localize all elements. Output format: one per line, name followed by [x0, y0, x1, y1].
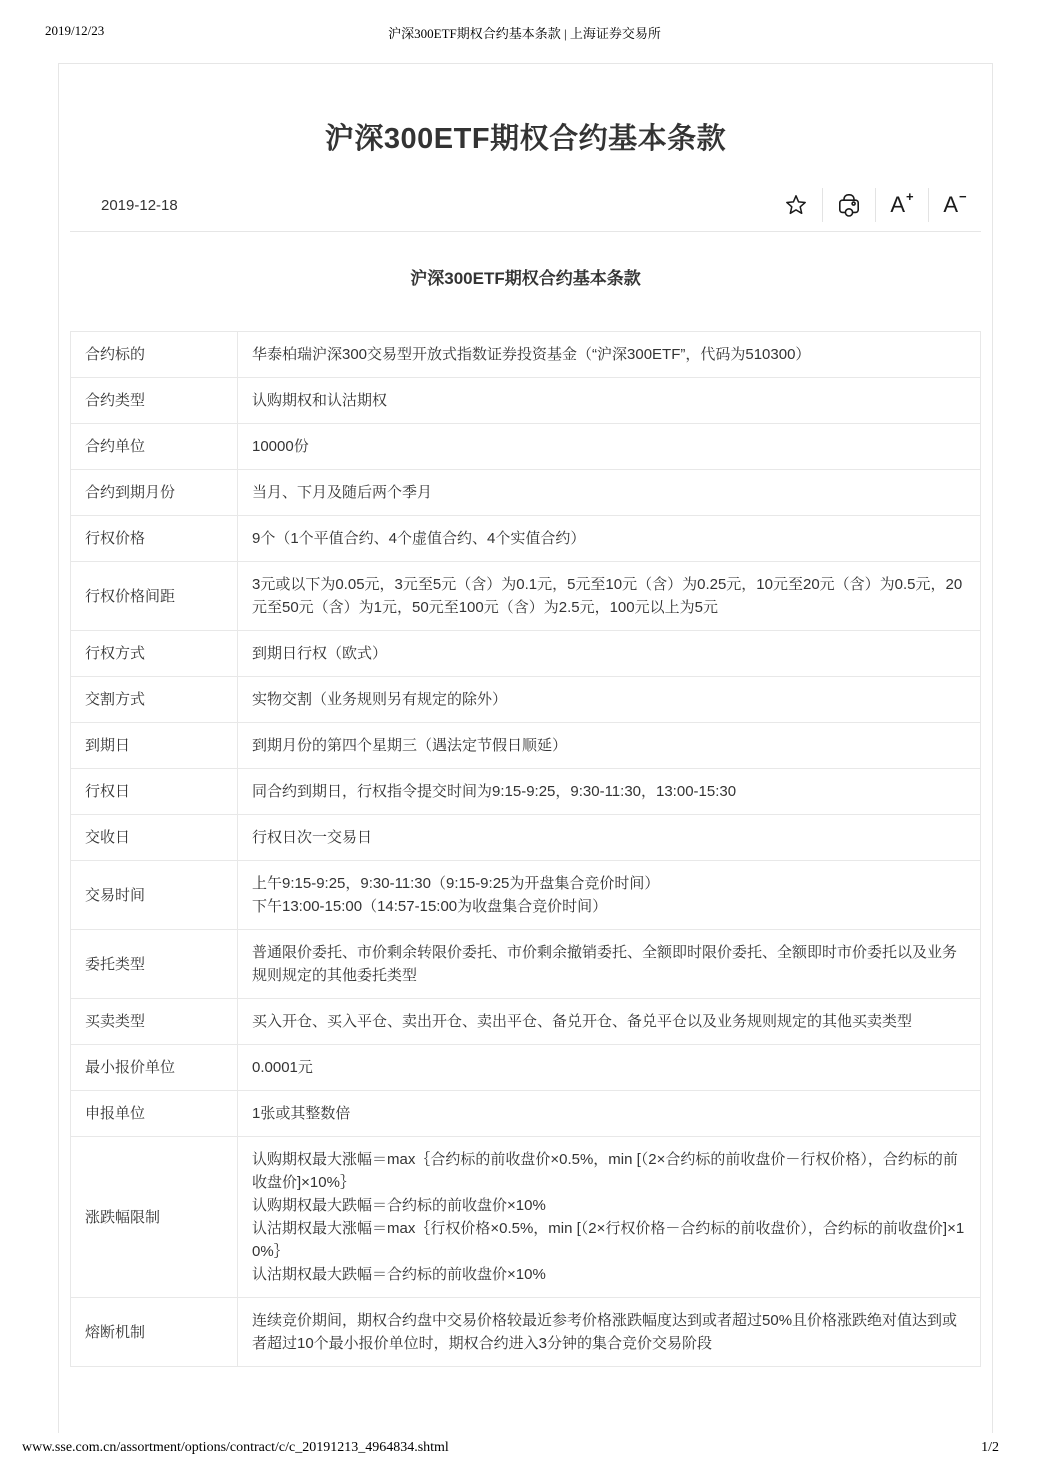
row-value: 9个（1个平值合约、4个虚值合约、4个实值合约）: [238, 516, 981, 562]
row-label: 交易时间: [71, 861, 238, 930]
article-toolbar: A+ A−: [770, 183, 981, 227]
favorite-button[interactable]: [770, 185, 822, 225]
table-row: 行权方式 到期日行权（欧式）: [71, 631, 981, 677]
row-label: 行权价格: [71, 516, 238, 562]
row-value: 到期日行权（欧式）: [238, 631, 981, 677]
table-row: 合约到期月份 当月、下月及随后两个季月: [71, 470, 981, 516]
row-value: 当月、下月及随后两个季月: [238, 470, 981, 516]
article-meta-row: 2019-12-18: [70, 183, 981, 227]
row-value: 实物交割（业务规则另有规定的除外）: [238, 677, 981, 723]
row-label: 委托类型: [71, 930, 238, 999]
row-value: 10000份: [238, 424, 981, 470]
table-row: 最小报价单位 0.0001元: [71, 1045, 981, 1091]
row-label: 到期日: [71, 723, 238, 769]
row-value: 1张或其整数倍: [238, 1091, 981, 1137]
row-label: 行权方式: [71, 631, 238, 677]
font-increase-icon: A+: [890, 194, 913, 216]
row-value: 连续竞价期间，期权合约盘中交易价格较最近参考价格涨跌幅度达到或者超过50%且价格…: [238, 1298, 981, 1367]
table-row: 合约单位 10000份: [71, 424, 981, 470]
table-row: 到期日 到期月份的第四个星期三（遇法定节假日顺延）: [71, 723, 981, 769]
table-row: 行权日 同合约到期日，行权指令提交时间为9:15-9:25，9:30-11:30…: [71, 769, 981, 815]
row-label: 熔断机制: [71, 1298, 238, 1367]
print-footer-url: www.sse.com.cn/assortment/options/contra…: [22, 1440, 449, 1456]
article-subtitle: 沪深300ETF期权合约基本条款: [70, 264, 981, 289]
font-decrease-button[interactable]: A−: [929, 185, 981, 225]
page-title: 沪深300ETF期权合约基本条款: [70, 116, 981, 157]
article-date: 2019-12-18: [101, 197, 178, 214]
row-value: 同合约到期日，行权指令提交时间为9:15-9:25，9:30-11:30，13:…: [238, 769, 981, 815]
row-value: 上午9:15-9:25，9:30-11:30（9:15-9:25为开盘集合竞价时…: [238, 861, 981, 930]
row-label: 行权日: [71, 769, 238, 815]
row-label: 合约类型: [71, 378, 238, 424]
print-header-title: 沪深300ETF期权合约基本条款 | 上海证券交易所: [0, 23, 1049, 42]
table-row: 买卖类型 买入开仓、买入平仓、卖出开仓、卖出平仓、备兑开仓、备兑平仓以及业务规则…: [71, 999, 981, 1045]
table-row: 行权价格间距 3元或以下为0.05元，3元至5元（含）为0.1元，5元至10元（…: [71, 562, 981, 631]
print-footer-page-indicator: 1/2: [981, 1440, 999, 1456]
row-label: 合约标的: [71, 332, 238, 378]
table-row: 委托类型 普通限价委托、市价剩余转限价委托、市价剩余撤销委托、全额即时限价委托、…: [71, 930, 981, 999]
row-value: 买入开仓、买入平仓、卖出开仓、卖出平仓、备兑开仓、备兑平仓以及业务规则规定的其他…: [238, 999, 981, 1045]
table-row: 熔断机制 连续竞价期间，期权合约盘中交易价格较最近参考价格涨跌幅度达到或者超过5…: [71, 1298, 981, 1367]
row-value: 3元或以下为0.05元，3元至5元（含）为0.1元，5元至10元（含）为0.25…: [238, 562, 981, 631]
meta-divider: [70, 231, 981, 232]
row-label: 行权价格间距: [71, 562, 238, 631]
row-label: 合约单位: [71, 424, 238, 470]
table-row: 合约标的 华泰柏瑞沪深300交易型开放式指数证券投资基金（“沪深300ETF”，…: [71, 332, 981, 378]
table-row: 交易时间 上午9:15-9:25，9:30-11:30（9:15-9:25为开盘…: [71, 861, 981, 930]
row-value: 行权日次一交易日: [238, 815, 981, 861]
row-label: 最小报价单位: [71, 1045, 238, 1091]
table-row: 涨跌幅限制 认购期权最大涨幅＝max｛合约标的前收盘价×0.5%，min [（2…: [71, 1137, 981, 1298]
font-increase-button[interactable]: A+: [876, 185, 928, 225]
table-row: 行权价格 9个（1个平值合约、4个虚值合约、4个实值合约）: [71, 516, 981, 562]
row-label: 涨跌幅限制: [71, 1137, 238, 1298]
star-icon: [784, 193, 808, 217]
row-value: 华泰柏瑞沪深300交易型开放式指数证券投资基金（“沪深300ETF”，代码为51…: [238, 332, 981, 378]
table-row: 合约类型 认购期权和认沽期权: [71, 378, 981, 424]
row-value: 认购期权和认沽期权: [238, 378, 981, 424]
row-value: 0.0001元: [238, 1045, 981, 1091]
article-card: 沪深300ETF期权合约基本条款 2019-12-18: [58, 63, 993, 1433]
table-row: 申报单位 1张或其整数倍: [71, 1091, 981, 1137]
row-label: 交割方式: [71, 677, 238, 723]
row-label: 合约到期月份: [71, 470, 238, 516]
table-row: 交收日 行权日次一交易日: [71, 815, 981, 861]
row-value: 到期月份的第四个星期三（遇法定节假日顺延）: [238, 723, 981, 769]
printer-icon: [835, 191, 863, 219]
row-value: 认购期权最大涨幅＝max｛合约标的前收盘价×0.5%，min [（2×合约标的前…: [238, 1137, 981, 1298]
row-label: 买卖类型: [71, 999, 238, 1045]
print-button[interactable]: [823, 185, 875, 225]
row-value: 普通限价委托、市价剩余转限价委托、市价剩余撤销委托、全额即时限价委托、全额即时市…: [238, 930, 981, 999]
contract-terms-table: 合约标的 华泰柏瑞沪深300交易型开放式指数证券投资基金（“沪深300ETF”，…: [70, 331, 981, 1367]
font-decrease-icon: A−: [943, 194, 966, 216]
row-label: 交收日: [71, 815, 238, 861]
row-label: 申报单位: [71, 1091, 238, 1137]
table-row: 交割方式 实物交割（业务规则另有规定的除外）: [71, 677, 981, 723]
